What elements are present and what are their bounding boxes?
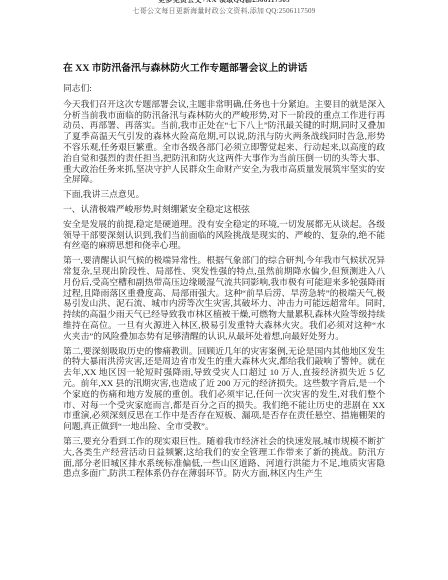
document-body: 在 XX 市防汛备汛与森林防火工作专题部署会议上的讲话 同志们: 今天我们召开这… [63,62,385,479]
point-3-paragraph: 第三,要充分看到工作的现实艰巨性。随着我市经济社会的快速发展,城市规模不断扩大,… [63,436,385,479]
section-1-lead-paragraph: 安全是发展的前提,稳定是硬道理。没有安全稳定的环境,一切发展都无从谈起。各级领导… [63,219,385,251]
promo-header-line2: 七哥公文每日更新海量时政公文资料,添加 QQ:2506117509 [0,7,448,16]
point-2-paragraph: 第二,要深刻吸取历史的惨痛教训。回顾近几年的灾害案例,无论是国内其他地区发生的特… [63,346,385,432]
transition-line: 下面,我讲三点意见。 [63,189,385,200]
document-title: 在 XX 市防汛备汛与森林防火工作专题部署会议上的讲话 [63,62,385,75]
promo-header-line1: 更多免费公文+XX 领取QQ群2506117509 [0,0,448,5]
salutation: 同志们: [63,83,385,94]
promo-header: 更多免费公文+XX 领取QQ群2506117509 七哥公文每日更新海量时政公文… [0,0,448,20]
section-1-heading: 一、认清极端严峻形势,时刻绷紧安全稳定这根弦 [63,204,385,215]
point-1-paragraph: 第一,要清醒认识气候的极端异常性。根据气象部门的综合研判,今年我市气候状况异常复… [63,255,385,341]
document-page: 更多免费公文+XX 领取QQ群2506117509 七哥公文每日更新海量时政公文… [0,0,448,580]
intro-paragraph: 今天我们召开这次专题部署会议,主题非常明确,任务也十分紧迫。主要目的就是深入分析… [63,99,385,185]
